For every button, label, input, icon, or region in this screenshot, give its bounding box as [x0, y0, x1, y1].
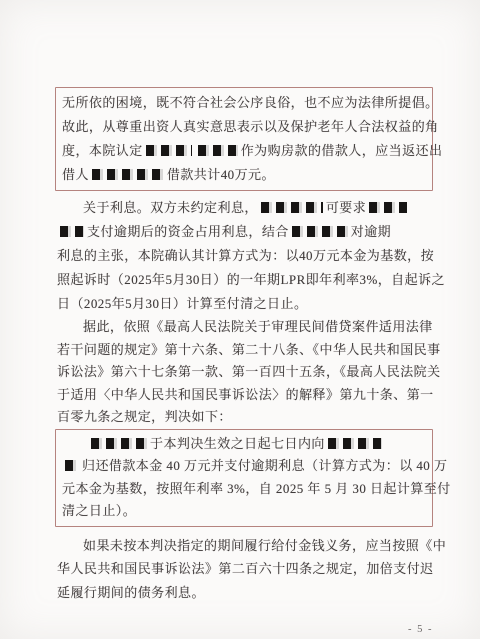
redaction-mark: [146, 145, 192, 156]
highlight-box-holding: 无所依的困境，既不符合社会公序良俗，也不应为法律所提倡。故此，从尊重出资人真实意…: [55, 87, 433, 191]
text-line: 借人借款共计40万元。: [62, 163, 426, 187]
text-line: 关于利息。双方未约定利息，可要求: [57, 196, 433, 220]
text-segment: 度，本院认定: [62, 143, 143, 158]
text-line: 归还借款本金 40 万元并支付逾期利息（计算方式为：以 40 万: [62, 455, 426, 478]
text-segment: 对逾期: [351, 224, 391, 239]
redaction-mark: [198, 145, 238, 156]
text-segment: 诉讼法》第六十七条第一款、第一百四十五条，《最高人民法院关: [57, 364, 441, 379]
text-segment: 归还借款本金 40 万元并支付逾期利息（计算方式为：以 40 万: [82, 458, 447, 473]
paragraph-enforcement: 如果未按本判决指定的期间履行给付金钱义务，应当按照《中华人民共和国民事诉讼法》第…: [57, 534, 433, 605]
text-line: 华人民共和国民事诉讼法》第二百六十四条之规定，加倍支付迟: [57, 557, 433, 581]
redaction-mark: [91, 438, 147, 449]
highlight-box-judgment: 于本判决生效之日起七日内向归还借款本金 40 万元并支付逾期利息（计算方式为：以…: [55, 429, 433, 527]
text-segment: 如果未按本判决指定的期间履行给付金钱义务，应当按照《中: [83, 538, 446, 553]
text-segment: 华人民共和国民事诉讼法》第二百六十四条之规定，加倍支付迟: [57, 561, 434, 576]
text-segment: 日（2025年5月30日）计算至付清之日止。: [57, 296, 307, 311]
text-line: 诉讼法》第六十七条第一款、第一百四十五条，《最高人民法院关: [57, 361, 433, 384]
redaction-mark: [328, 438, 382, 449]
text-segment: 可要求: [326, 200, 366, 215]
redaction-mark: [92, 169, 164, 180]
redaction-mark: [292, 226, 348, 237]
text-segment: 元本金为基数，按照年利率 3%，自 2025 年 5 月 30 日起计算至付: [62, 481, 451, 496]
text-line: 无所依的困境，既不符合社会公序良俗，也不应为法律所提倡。: [62, 91, 426, 115]
text-line: 据此，依照《最高人民法院关于审理民间借贷案件适用法律: [57, 316, 433, 339]
text-segment: 借款共计40万元。: [167, 167, 275, 182]
text-line: 延履行期间的债务利息。: [57, 581, 433, 605]
redaction-mark: [369, 202, 407, 213]
paragraph-interest: 关于利息。双方未约定利息，可要求支付逾期后的资金占用利息，结合对逾期利息的主张，…: [57, 196, 433, 316]
text-segment: 借人: [62, 167, 89, 182]
text-line: 度，本院认定作为购房款的借款人，应当返还出: [62, 139, 426, 163]
text-segment: 清之日止）。: [62, 503, 136, 518]
text-segment: 关于利息。双方未约定利息，: [83, 200, 258, 215]
text-segment: 支付逾期后的资金占用利息，结合: [87, 224, 289, 239]
paragraph-legal-basis: 据此，依照《最高人民法院关于审理民间借贷案件适用法律若干问题的规定》第十六条、第…: [57, 316, 433, 429]
text-line: 百零九条之规定，判决如下：: [57, 406, 433, 429]
text-line: 日（2025年5月30日）计算至付清之日止。: [57, 292, 433, 316]
redaction-mark: [60, 226, 84, 237]
text-segment: 若干问题的规定》第十六条、第二十八条、《中华人民共和国民事: [57, 342, 441, 357]
text-segment: 利息的主张，本院确认其计算方式为：以40万元本金为基数，按: [57, 248, 434, 263]
text-segment: 于适用〈中华人民共和国民事诉讼法〉的解释》第九十条、第一: [57, 387, 434, 402]
text-line: 元本金为基数，按照年利率 3%，自 2025 年 5 月 30 日起计算至付: [62, 478, 426, 501]
page-number: - 5 -: [408, 624, 433, 635]
text-line: 如果未按本判决指定的期间履行给付金钱义务，应当按照《中: [57, 534, 433, 558]
text-segment: 照起诉时（2025年5月30日）的一年期LPR即年利率3%，自起诉之: [57, 272, 445, 287]
text-segment: 作为购房款的借款人，应当返还出: [241, 143, 443, 158]
text-line: 照起诉时（2025年5月30日）的一年期LPR即年利率3%，自起诉之: [57, 268, 433, 292]
text-segment: 据此，依照《最高人民法院关于审理民间借贷案件适用法律: [83, 319, 433, 334]
text-segment: 百零九条之规定，判决如下：: [57, 409, 232, 424]
redaction-mark: [65, 460, 79, 471]
text-segment: 无所依的困境，既不符合社会公序良俗，也不应为法律所提倡。: [62, 95, 439, 110]
text-line: 清之日止）。: [62, 500, 426, 523]
text-line: 支付逾期后的资金占用利息，结合对逾期: [57, 220, 433, 244]
text-line: 于本判决生效之日起七日内向: [62, 433, 426, 456]
text-segment: 延履行期间的债务利息。: [57, 585, 205, 600]
text-line: 若干问题的规定》第十六条、第二十八条、《中华人民共和国民事: [57, 339, 433, 362]
document-body: 无所依的困境，既不符合社会公序良俗，也不应为法律所提倡。故此，从尊重出资人真实意…: [0, 87, 480, 604]
text-segment: 故此，从尊重出资人真实意思表示以及保护老年人合法权益的角: [62, 119, 439, 134]
text-line: 故此，从尊重出资人真实意思表示以及保护老年人合法权益的角: [62, 115, 426, 139]
text-line: 利息的主张，本院确认其计算方式为：以40万元本金为基数，按: [57, 244, 433, 268]
redaction-mark: [261, 202, 323, 213]
document-page: 无所依的困境，既不符合社会公序良俗，也不应为法律所提倡。故此，从尊重出资人真实意…: [0, 0, 480, 639]
text-line: 于适用〈中华人民共和国民事诉讼法〉的解释》第九十条、第一: [57, 384, 433, 407]
text-segment: 于本判决生效之日起七日内向: [150, 436, 325, 451]
